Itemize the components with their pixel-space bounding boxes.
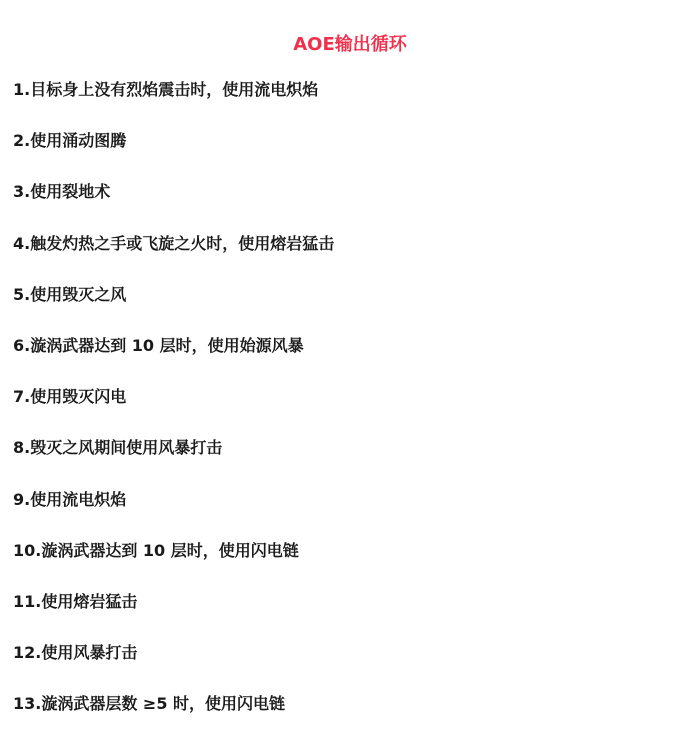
step-item: 1.目标身上没有烈焰震击时，使用流电炽焰 bbox=[13, 78, 334, 129]
step-item: 4.触发灼热之手或飞旋之火时，使用熔岩猛击 bbox=[13, 232, 334, 283]
step-item: 10.漩涡武器达到 10 层时，使用闪电链 bbox=[13, 539, 334, 590]
step-item: 13.漩涡武器层数 ≥5 时，使用闪电链 bbox=[13, 692, 334, 743]
step-item: 6.漩涡武器达到 10 层时，使用始源风暴 bbox=[13, 334, 334, 385]
step-item: 11.使用熔岩猛击 bbox=[13, 590, 334, 641]
step-item: 7.使用毁灭闪电 bbox=[13, 385, 334, 436]
step-item: 2.使用涌动图腾 bbox=[13, 129, 334, 180]
page-title: AOE输出循环 bbox=[0, 33, 681, 57]
step-item: 12.使用风暴打击 bbox=[13, 641, 334, 692]
step-item: 9.使用流电炽焰 bbox=[13, 488, 334, 539]
step-item: 8.毁灭之风期间使用风暴打击 bbox=[13, 436, 334, 487]
step-item: 3.使用裂地术 bbox=[13, 180, 334, 231]
rotation-step-list: 1.目标身上没有烈焰震击时，使用流电炽焰 2.使用涌动图腾 3.使用裂地术 4.… bbox=[13, 78, 334, 743]
step-item: 5.使用毁灭之风 bbox=[13, 283, 334, 334]
